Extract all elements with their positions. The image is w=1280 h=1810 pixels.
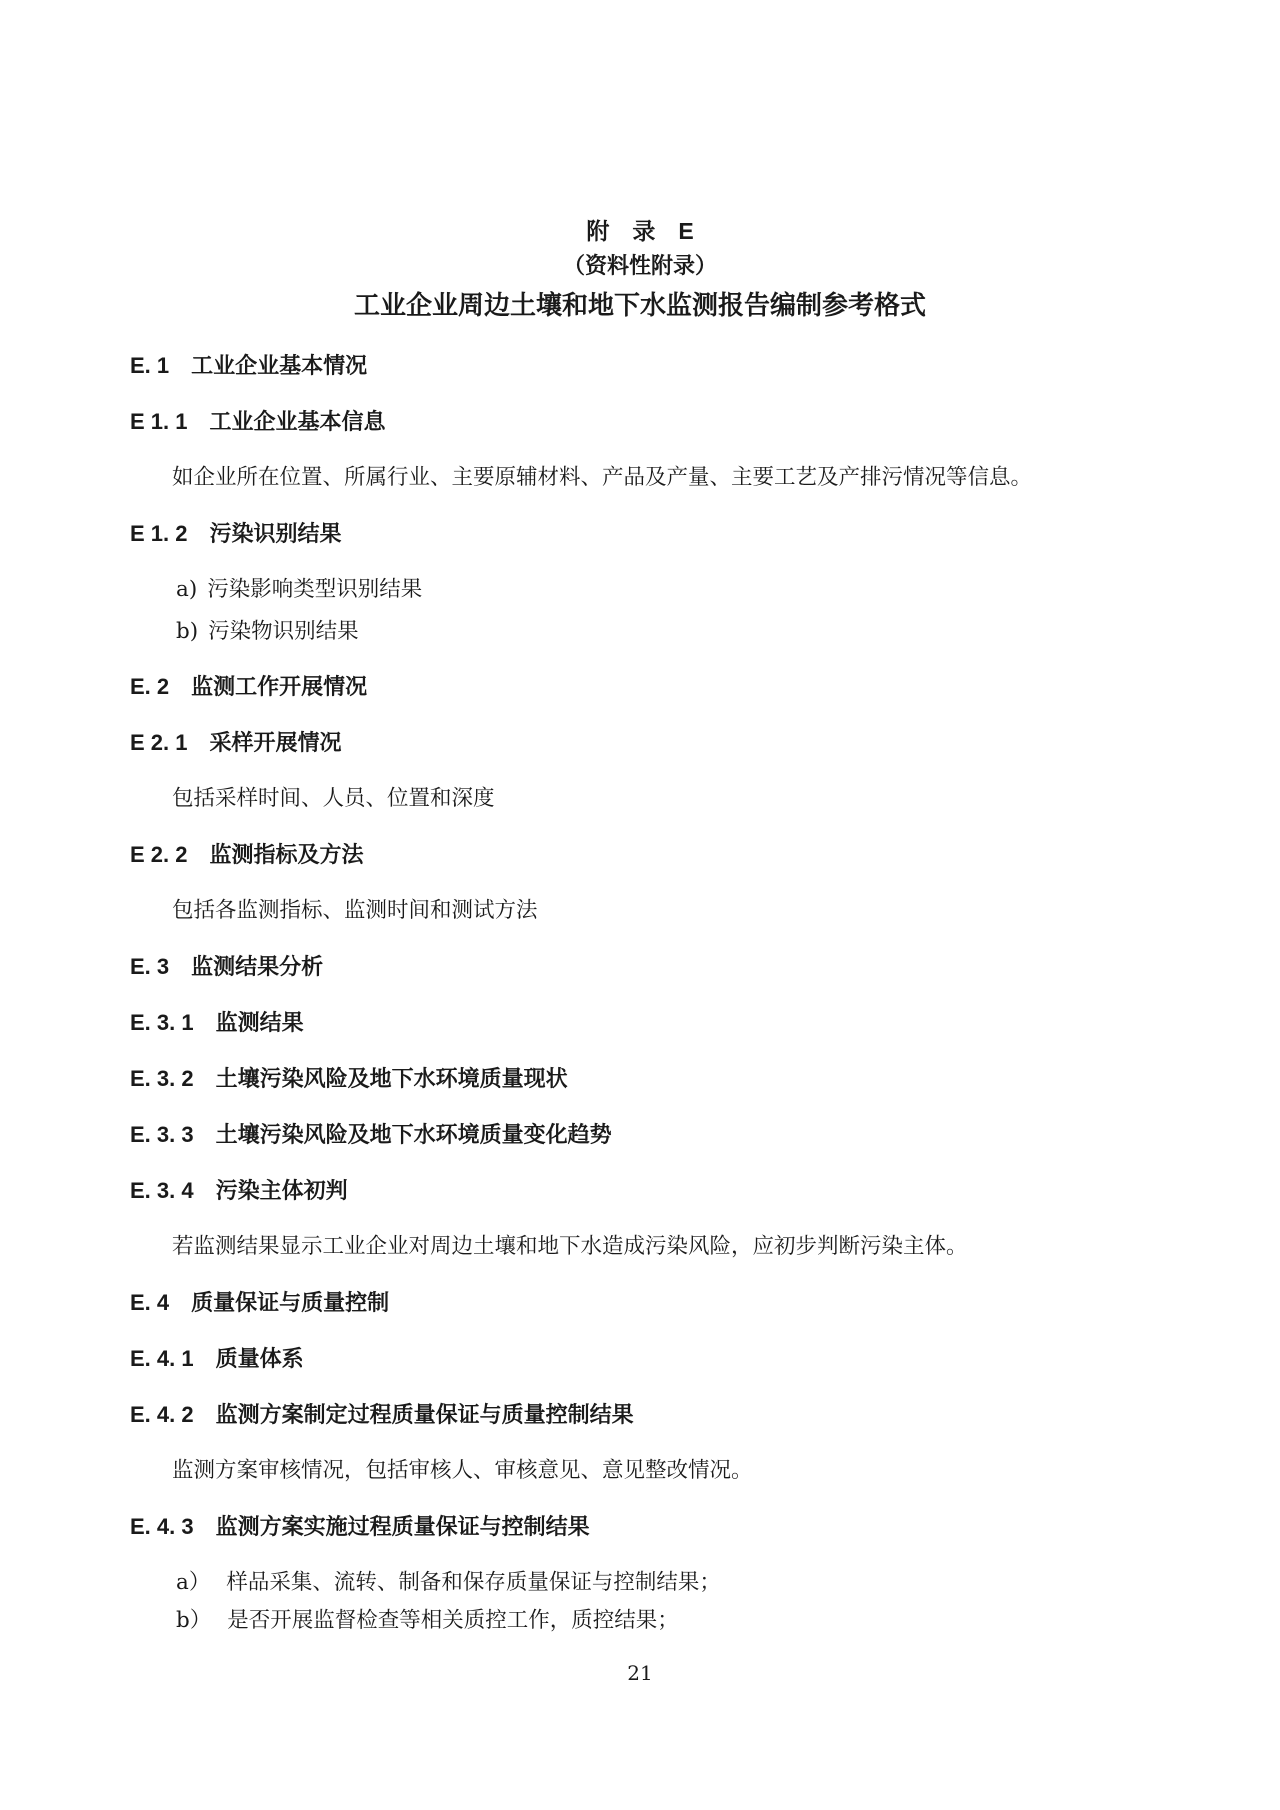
list-item-text: 污染影响类型识别结果 — [207, 577, 422, 602]
list-item-a-sample-qc: a）样品采集、流转、制备和保存质量保证与控制结果； — [130, 1569, 1150, 1597]
paragraph-e3-4-body: 若监测结果显示工业企业对周边土壤和地下水造成污染风险，应初步判断污染主体。 — [130, 1233, 1150, 1261]
list-item-a-pollution-type: a)污染影响类型识别结果 — [130, 576, 1150, 604]
paragraph-e4-2-body: 监测方案审核情况，包括审核人、审核意见、意见整改情况。 — [130, 1457, 1150, 1485]
heading-e2-2-title: 监测指标及方法 — [209, 842, 363, 867]
heading-e1-2-title: 污染识别结果 — [209, 521, 341, 546]
heading-e3-1: E. 3. 1监测结果 — [130, 1009, 1150, 1037]
appendix-type-label: （资料性附录） — [130, 251, 1150, 281]
heading-e1-1: E 1. 1工业企业基本信息 — [130, 408, 1150, 436]
heading-e4-3: E. 4. 3监测方案实施过程质量保证与控制结果 — [130, 1513, 1150, 1541]
heading-e3-2-number: E. 3. 2 — [130, 1066, 194, 1091]
heading-e3-4-number: E. 3. 4 — [130, 1178, 194, 1203]
heading-e4-2: E. 4. 2监测方案制定过程质量保证与质量控制结果 — [130, 1401, 1150, 1429]
list-item-b-supervision-qc: b）是否开展监督检查等相关质控工作，质控结果； — [130, 1607, 1150, 1635]
list-item-text: 样品采集、流转、制备和保存质量保证与控制结果； — [226, 1570, 721, 1595]
paragraph-e2-1-body: 包括采样时间、人员、位置和深度 — [130, 785, 1150, 813]
heading-e4-number: E. 4 — [130, 1290, 169, 1315]
heading-e3-2: E. 3. 2土壤污染风险及地下水环境质量现状 — [130, 1065, 1150, 1093]
heading-e2: E. 2监测工作开展情况 — [130, 673, 1150, 701]
heading-e1-2: E 1. 2污染识别结果 — [130, 520, 1150, 548]
paragraph-e1-1-body: 如企业所在位置、所属行业、主要原辅材料、产品及产量、主要工艺及产排污情况等信息。 — [130, 464, 1150, 492]
heading-e3-4: E. 3. 4污染主体初判 — [130, 1177, 1150, 1205]
heading-e4-1-number: E. 4. 1 — [130, 1346, 194, 1371]
appendix-label: 附 录 E — [130, 215, 1150, 247]
heading-e2-2-number: E 2. 2 — [130, 842, 187, 867]
heading-e4-3-number: E. 4. 3 — [130, 1514, 194, 1539]
list-marker: a） — [176, 1570, 210, 1595]
heading-e2-title: 监测工作开展情况 — [191, 674, 367, 699]
document-page: 附 录 E （资料性附录） 工业企业周边土壤和地下水监测报告编制参考格式 E. … — [0, 0, 1280, 1810]
document-title: 工业企业周边土壤和地下水监测报告编制参考格式 — [130, 288, 1150, 322]
heading-e3-3: E. 3. 3土壤污染风险及地下水环境质量变化趋势 — [130, 1121, 1150, 1149]
heading-e4-1-title: 质量体系 — [216, 1346, 304, 1371]
heading-e4-title: 质量保证与质量控制 — [191, 1290, 389, 1315]
heading-e2-number: E. 2 — [130, 674, 169, 699]
heading-e3-3-number: E. 3. 3 — [130, 1122, 194, 1147]
list-item-b-pollutant: b)污染物识别结果 — [130, 618, 1150, 646]
heading-e1: E. 1工业企业基本情况 — [130, 352, 1150, 380]
heading-e2-2: E 2. 2监测指标及方法 — [130, 841, 1150, 869]
heading-e3-1-title: 监测结果 — [216, 1010, 304, 1035]
heading-e3-title: 监测结果分析 — [191, 954, 323, 979]
page-number: 21 — [0, 1660, 1280, 1686]
heading-e4: E. 4质量保证与质量控制 — [130, 1289, 1150, 1317]
heading-e4-3-title: 监测方案实施过程质量保证与控制结果 — [216, 1514, 590, 1539]
heading-e2-1: E 2. 1采样开展情况 — [130, 729, 1150, 757]
heading-e1-1-title: 工业企业基本信息 — [209, 409, 385, 434]
heading-e2-1-number: E 2. 1 — [130, 730, 187, 755]
heading-e3: E. 3监测结果分析 — [130, 953, 1150, 981]
list-marker: a) — [176, 577, 197, 602]
heading-e4-2-number: E. 4. 2 — [130, 1402, 194, 1427]
heading-e3-3-title: 土壤污染风险及地下水环境质量变化趋势 — [216, 1122, 612, 1147]
heading-e3-2-title: 土壤污染风险及地下水环境质量现状 — [216, 1066, 568, 1091]
heading-e1-number: E. 1 — [130, 353, 169, 378]
heading-e4-2-title: 监测方案制定过程质量保证与质量控制结果 — [216, 1402, 634, 1427]
heading-e3-number: E. 3 — [130, 954, 169, 979]
heading-e2-1-title: 采样开展情况 — [209, 730, 341, 755]
heading-e1-2-number: E 1. 2 — [130, 521, 187, 546]
paragraph-e2-2-body: 包括各监测指标、监测时间和测试方法 — [130, 897, 1150, 925]
list-item-text: 污染物识别结果 — [208, 619, 359, 644]
heading-e3-4-title: 污染主体初判 — [216, 1178, 348, 1203]
heading-e3-1-number: E. 3. 1 — [130, 1010, 194, 1035]
list-marker: b) — [176, 619, 198, 644]
heading-e1-title: 工业企业基本情况 — [191, 353, 367, 378]
list-item-text: 是否开展监督检查等相关质控工作，质控结果； — [227, 1608, 679, 1633]
heading-e4-1: E. 4. 1质量体系 — [130, 1345, 1150, 1373]
list-marker: b） — [176, 1608, 211, 1633]
heading-e1-1-number: E 1. 1 — [130, 409, 187, 434]
